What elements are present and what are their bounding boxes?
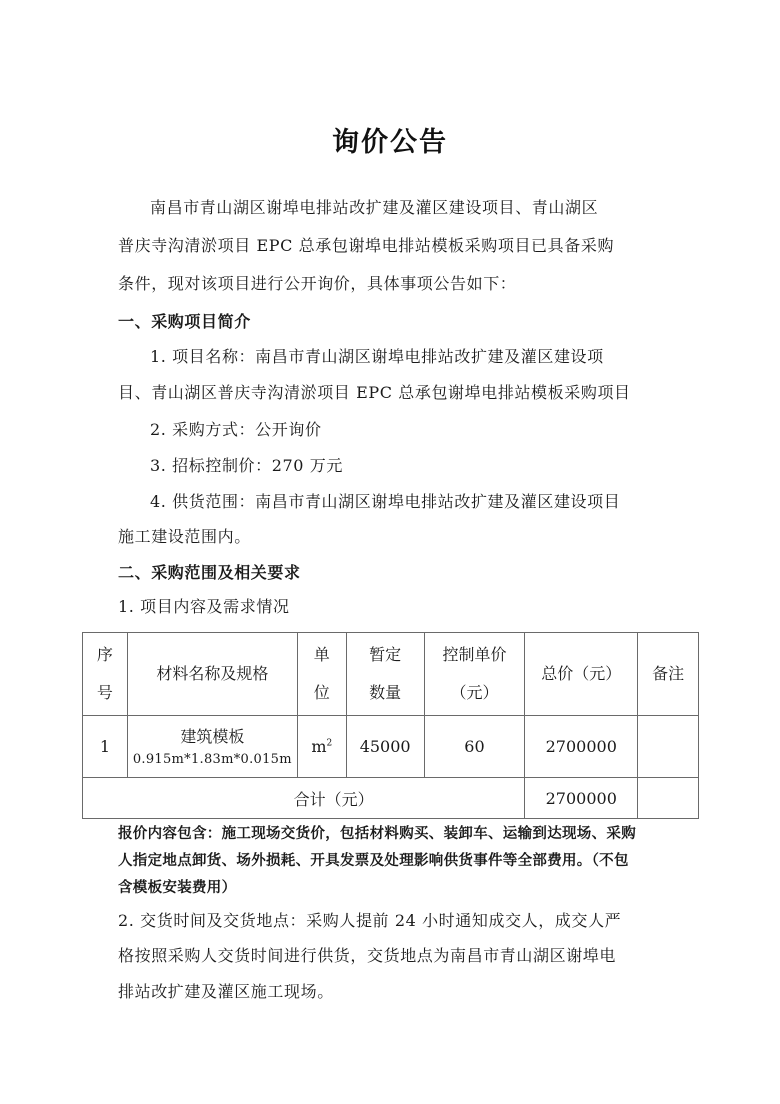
header-unit: 单位: [297, 633, 346, 716]
intro-line-1: 南昌市青山湖区谢埠电排站改扩建及灌区建设项目、青山湖区: [150, 198, 698, 218]
intro-line-3: 条件，现对该项目进行公开询价，具体事项公告如下：: [118, 274, 666, 294]
cell-remark: [638, 716, 699, 778]
item4-line-1: 4. 供货范围：南昌市青山湖区谢埠电排站改扩建及灌区建设项目: [150, 492, 698, 512]
item2-procurement-method: 2. 采购方式：公开询价: [150, 420, 698, 440]
section2-heading: 二、采购范围及相关要求: [118, 563, 666, 583]
material-name: 建筑模板: [128, 726, 297, 748]
item3-control-price: 3. 招标控制价：270 万元: [150, 456, 698, 476]
header-remark: 备注: [638, 633, 699, 716]
header-no: 序号: [83, 633, 128, 716]
item4-line-2: 施工建设范围内。: [118, 527, 666, 547]
header-unit-price: 控制单价（元）: [424, 633, 525, 716]
header-qty: 暂定数量: [346, 633, 424, 716]
quote-note-line-3: 含模板安装费用）: [118, 878, 666, 898]
sum-remark: [638, 778, 699, 819]
sub2-line-1: 2. 交货时间及交货地点：采购人提前 24 小时通知成交人，成交人严: [118, 911, 666, 931]
table-sum-row: 合计（元） 2700000: [83, 778, 699, 819]
sub2-line-2: 格按照采购人交货时间进行供货，交货地点为南昌市青山湖区谢埠电: [118, 946, 666, 966]
item1-line-1: 1. 项目名称：南昌市青山湖区谢埠电排站改扩建及灌区建设项: [150, 347, 698, 367]
quote-note-line-2: 人指定地点卸货、场外损耗、开具发票及处理影响供货事件等全部费用。（不包: [118, 851, 666, 871]
table-row: 1 建筑模板 0.915m*1.83m*0.015m m2 45000 60 2…: [83, 716, 699, 778]
cell-no: 1: [83, 716, 128, 778]
table-header-row: 序号 材料名称及规格 单位 暂定数量 控制单价（元） 总价（元） 备注: [83, 633, 699, 716]
sub2-line-3: 排站改扩建及灌区施工现场。: [118, 982, 666, 1002]
intro-line-2: 普庆寺沟清淤项目 EPC 总承包谢埠电排站模板采购项目已具备采购: [118, 236, 666, 256]
page-title: 询价公告: [0, 126, 780, 160]
sum-label: 合计（元）: [83, 778, 525, 819]
section1-heading: 一、采购项目简介: [118, 312, 666, 332]
sum-total: 2700000: [525, 778, 638, 819]
cell-unit: m2: [297, 716, 346, 778]
requirements-table: 序号 材料名称及规格 单位 暂定数量 控制单价（元） 总价（元） 备注 1 建筑…: [82, 632, 699, 819]
quote-note-line-1: 报价内容包含：施工现场交货价，包括材料购买、装卸车、运输到达现场、采购: [118, 824, 666, 844]
section2-sub1: 1. 项目内容及需求情况: [118, 597, 666, 617]
cell-qty: 45000: [346, 716, 424, 778]
cell-total: 2700000: [525, 716, 638, 778]
item1-line-2: 目、青山湖区普庆寺沟清淤项目 EPC 总承包谢埠电排站模板采购项目: [118, 383, 666, 403]
header-total: 总价（元）: [525, 633, 638, 716]
cell-material: 建筑模板 0.915m*1.83m*0.015m: [127, 716, 297, 778]
cell-unit-price: 60: [424, 716, 525, 778]
material-spec: 0.915m*1.83m*0.015m: [128, 752, 297, 768]
header-material: 材料名称及规格: [127, 633, 297, 716]
